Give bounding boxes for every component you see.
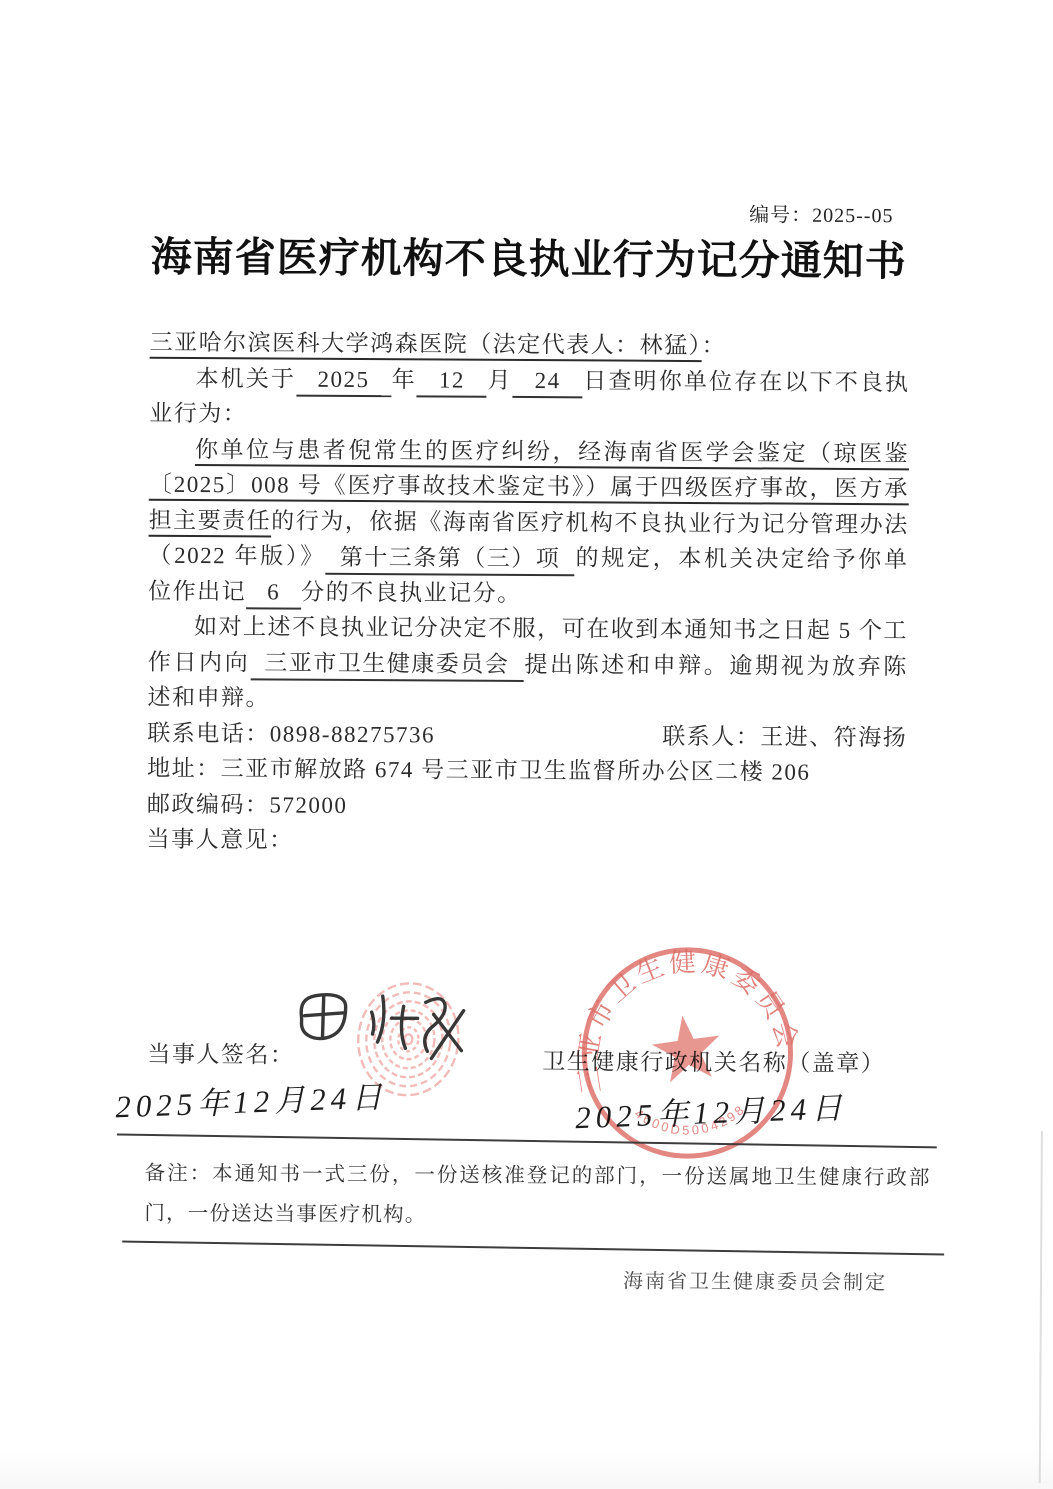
scan-edge-artifact xyxy=(1039,1131,1043,1483)
party-sign-label: 当事人签名： xyxy=(147,1036,294,1070)
contact-row: 联系电话：0898-88275736 联系人：王进、符海扬 xyxy=(147,715,907,755)
document-body: 三亚哈尔滨医科大学鸿森医院（法定代表人：林猛）： 本机关于2025年12月24日… xyxy=(147,325,910,862)
seal-star-icon xyxy=(649,1011,725,1084)
addressee-colon: ： xyxy=(702,333,727,358)
seal-arc-text: 三亚市卫生健康委员会 xyxy=(559,932,806,1096)
paragraph-violation: 你单位与患者倪常生的医疗纠纷，经海南省医学会鉴定（琼医鉴〔2025〕008 号《… xyxy=(148,431,909,613)
addressee-line: 三亚哈尔滨医科大学鸿森医院（法定代表人：林猛）： xyxy=(150,325,910,365)
footer-note: 备注：本通知书一式三份，一份送核准登记的部门，一份送属地卫生健康行政部门，一份送… xyxy=(144,1154,930,1239)
blank-day: 24 xyxy=(513,366,583,398)
p2-suffix: 分的不良执业记分。 xyxy=(301,579,522,605)
page-title: 海南省医疗机构不良执业行为记分通知书 xyxy=(2,223,1053,288)
p1-year-label: 年 xyxy=(391,367,417,392)
party-opinion-label: 当事人意见： xyxy=(147,822,907,862)
svg-text:4600D5004298: 4600D5004298 xyxy=(630,1092,751,1146)
doc-number: 编号：2025--05 xyxy=(749,198,894,228)
p1-month-label: 月 xyxy=(487,367,513,392)
footer-issuer: 海南省卫生健康委员会制定 xyxy=(623,1265,887,1296)
document-page: 编号：2025--05 海南省医疗机构不良执业行为记分通知书 三亚哈尔滨医科大学… xyxy=(0,0,1053,1489)
contact-phone: 联系电话：0898-88275736 xyxy=(147,715,435,752)
p1-prefix: 本机关于 xyxy=(195,365,296,391)
blank-points: 6 xyxy=(246,577,301,609)
blank-clause: 第十三条第（三）项 xyxy=(326,542,575,576)
party-date-handwriting: 2025年12月24日 xyxy=(114,1071,387,1126)
svg-text:三亚市卫生健康委员会: 三亚市卫生健康委员会 xyxy=(559,932,806,1096)
paragraph-appeal: 如对上述不良执业记分决定不服，可在收到本通知书之日起 5 个工作日内向三亚市卫生… xyxy=(147,609,908,720)
scan-bottom-smudge xyxy=(0,1449,1053,1489)
blank-month: 12 xyxy=(417,365,487,397)
blank-authority: 三亚市卫生健康委员会 xyxy=(250,648,523,682)
paragraph-date-found: 本机关于2025年12月24日查明你单位存在以下不良执业行为： xyxy=(149,360,909,436)
addressee-name: 三亚哈尔滨医科大学鸿森医院（法定代表人：林猛） xyxy=(150,330,702,358)
seal-code-text: 4600D5004298 xyxy=(630,1092,751,1146)
scanned-content: 编号：2025--05 海南省医疗机构不良执业行为记分通知书 三亚哈尔滨医科大学… xyxy=(0,0,1053,1489)
contact-person: 联系人：王进、符海扬 xyxy=(662,718,907,755)
footer-divider-bottom xyxy=(122,1241,944,1256)
blank-year: 2025 xyxy=(296,365,391,398)
postcode-line: 邮政编码：572000 xyxy=(147,786,907,826)
address-line: 地址：三亚市解放路 674 号三亚市卫生监督所办公区二楼 206 xyxy=(147,751,907,791)
